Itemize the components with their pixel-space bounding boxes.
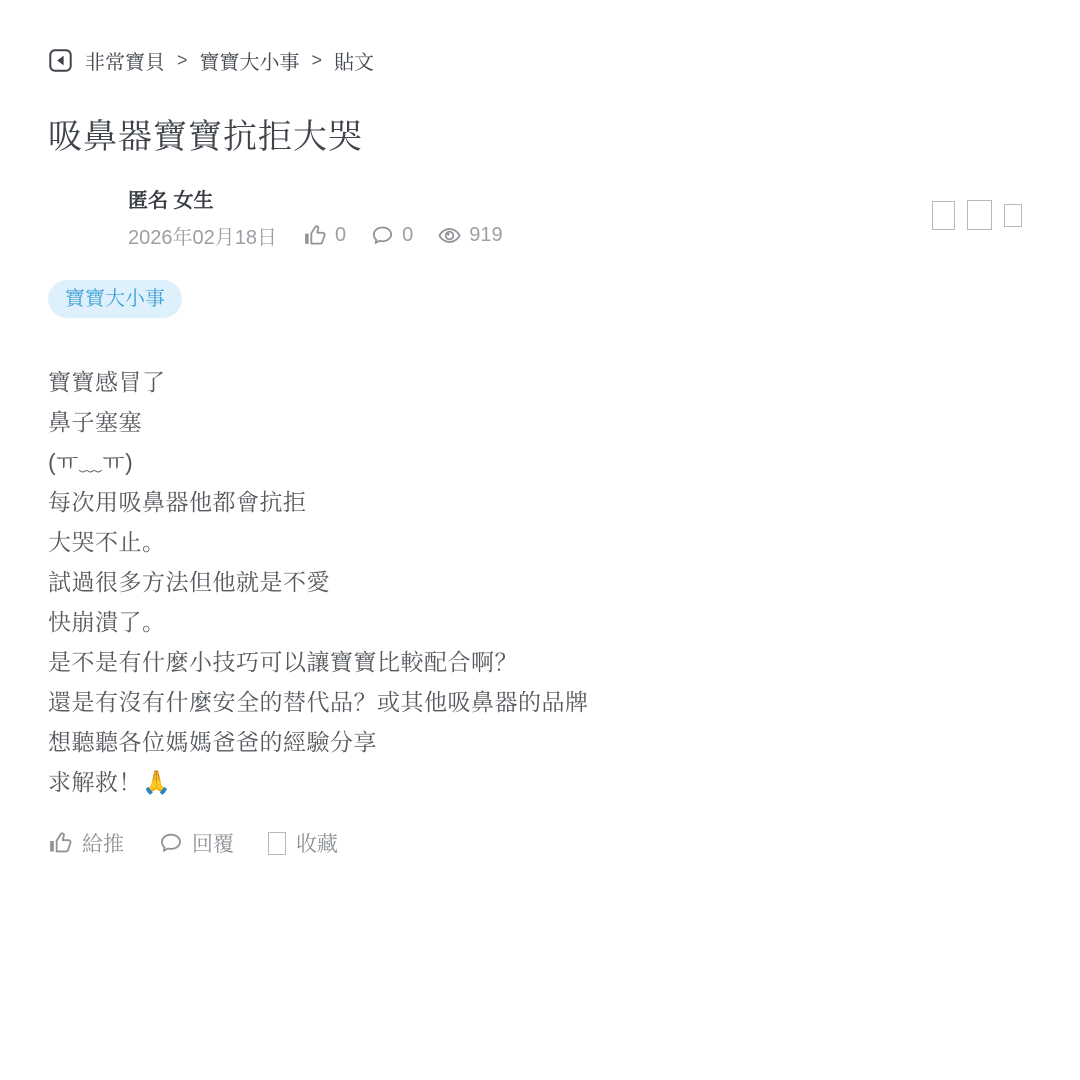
like-button-label: 給推 (82, 828, 124, 858)
breadcrumb-item-post: 貼文 (334, 46, 374, 75)
thumbs-up-icon (48, 830, 74, 856)
reply-button-label: 回覆 (192, 828, 234, 858)
like-count: 0 (335, 224, 346, 247)
post-header-actions (932, 200, 1022, 230)
author-name: 匿名 女生 (128, 184, 527, 213)
bookmark-button[interactable]: 收藏 (268, 828, 338, 858)
like-button[interactable]: 給推 (48, 828, 124, 858)
speech-bubble-icon (370, 223, 395, 248)
placeholder-box-icon (268, 832, 286, 855)
tag-row: 寶寶大小事 (48, 280, 1032, 318)
comment-count-stat: 0 (370, 223, 413, 248)
reply-button[interactable]: 回覆 (158, 828, 234, 858)
like-count-stat: 0 (303, 223, 346, 248)
body-line: 還是有沒有什麼安全的替代品？或其他吸鼻器的品牌 (48, 682, 1032, 722)
placeholder-box-icon[interactable] (932, 201, 955, 230)
body-line: 每次用吸鼻器他都會抗拒 (48, 482, 1032, 522)
back-icon[interactable] (48, 48, 73, 73)
body-line: 快崩潰了。 (48, 602, 1032, 642)
action-bar: 給推 回覆 收藏 (48, 828, 1032, 858)
body-line: 是不是有什麼小技巧可以讓寶寶比較配合啊？ (48, 642, 1032, 682)
body-line: 寶寶感冒了 (48, 362, 1032, 402)
post-body: 寶寶感冒了 鼻子塞塞 (ㅠ﹏ㅠ) 每次用吸鼻器他都會抗拒 大哭不止。 試過很多方… (48, 362, 1032, 802)
post-date: 2026年02月18日 (128, 221, 277, 250)
body-line: 大哭不止。 (48, 522, 1032, 562)
topic-tag[interactable]: 寶寶大小事 (48, 280, 182, 318)
speech-bubble-icon (158, 830, 184, 856)
eye-icon (437, 223, 462, 248)
post-page: 非常寶貝 > 寶寶大小事 > 貼文 吸鼻器寶寶抗拒大哭 匿名 女生 2026年0… (0, 0, 1080, 858)
breadcrumb-item-board[interactable]: 寶寶大小事 (200, 46, 300, 75)
body-line: 鼻子塞塞 (48, 402, 1032, 442)
post-meta: 2026年02月18日 0 (128, 221, 527, 250)
body-line: 想聽聽各位媽媽爸爸的經驗分享 (48, 722, 1032, 762)
thumbs-up-icon (303, 223, 328, 248)
author-block: 匿名 女生 2026年02月18日 0 (48, 184, 1032, 250)
comment-count: 0 (402, 224, 413, 247)
body-line: 求解救！🙏 (48, 762, 1032, 802)
breadcrumb-separator: > (177, 50, 188, 71)
placeholder-box-icon[interactable] (1004, 204, 1022, 227)
placeholder-box-icon[interactable] (967, 200, 992, 230)
body-line: (ㅠ﹏ㅠ) (48, 442, 1032, 482)
breadcrumb-separator: > (312, 50, 323, 71)
view-count-stat: 919 (437, 223, 502, 248)
bookmark-button-label: 收藏 (296, 828, 338, 858)
avatar (48, 184, 112, 246)
body-line: 試過很多方法但他就是不愛 (48, 562, 1032, 602)
breadcrumb: 非常寶貝 > 寶寶大小事 > 貼文 (48, 46, 1032, 75)
view-count: 919 (469, 224, 502, 247)
breadcrumb-item-forum[interactable]: 非常寶貝 (85, 46, 165, 75)
page-title: 吸鼻器寶寶抗拒大哭 (48, 109, 1032, 158)
